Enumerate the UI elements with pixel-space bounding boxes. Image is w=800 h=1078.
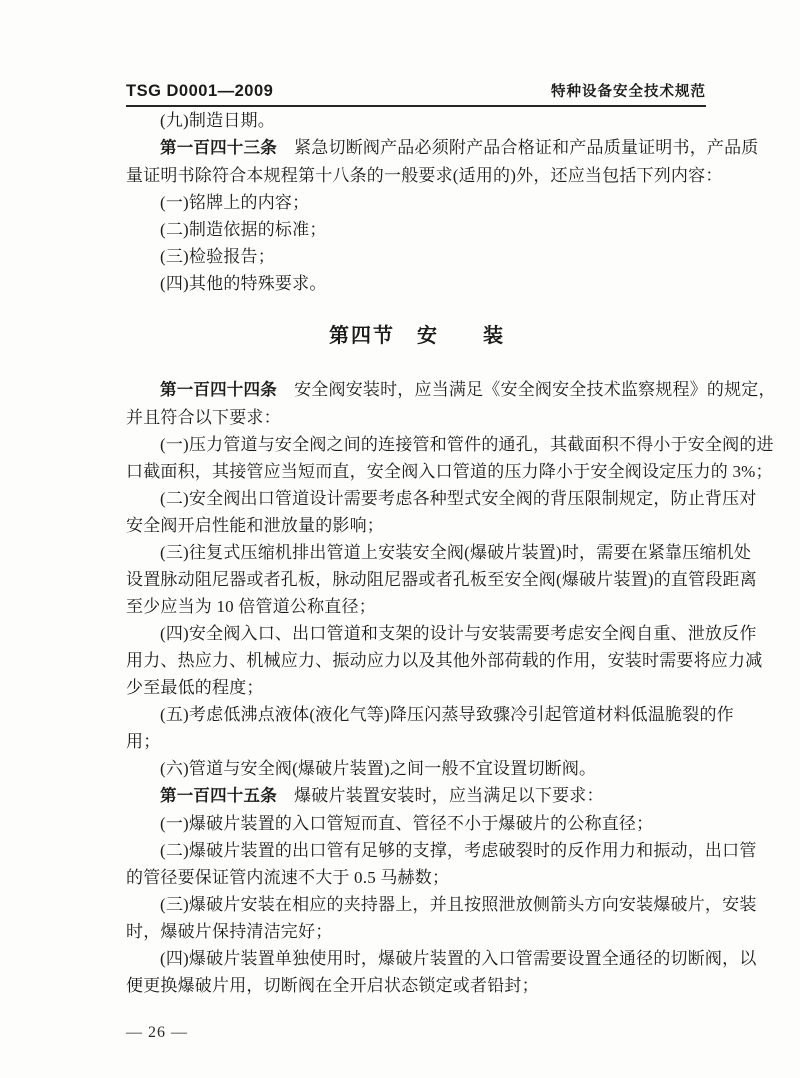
text-line: 用力、热应力、机械应力、振动应力以及其他外部荷载的作用，安装时需要将应力减 <box>126 647 708 674</box>
line-text: (四)爆破片装置单独使用时，爆破片装置的入口管需要设置全通径的切断阀，以 <box>160 949 757 968</box>
page-header: TSG D0001—2009 特种设备安全技术规范 <box>126 80 706 107</box>
body-part-1: (九)制造日期。第一百四十三条 紧急切断阀产品必须附产品合格证和产品质量证明书，… <box>126 107 708 297</box>
text-line: 少至最低的程度； <box>126 674 708 701</box>
text-line: (四)安全阀入口、出口管道和支架的设计与安装需要考虑安全阀自重、泄放反作 <box>126 620 708 647</box>
line-text: 并且符合以下要求： <box>126 408 281 427</box>
section-title: 第四节 安 装 <box>126 322 708 350</box>
line-text: (二)制造依据的标准； <box>160 220 327 239</box>
line-text: (一)压力管道与安全阀之间的连接管和管件的通孔，其截面积不得小于安全阀的进 <box>160 435 774 454</box>
line-text: (五)考虑低沸点液体(液化气等)降压闪蒸导致骤冷引起管道材料低温脆裂的作 <box>160 705 734 724</box>
document-body: (九)制造日期。第一百四十三条 紧急切断阀产品必须附产品合格证和产品质量证明书，… <box>126 107 708 999</box>
line-text: 安全阀开启性能和泄放量的影响； <box>126 516 384 535</box>
text-line: (二)制造依据的标准； <box>126 216 708 243</box>
line-text: (三)往复式压缩机排出管道上安装安全阀(爆破片装置)时，需要在紧靠压缩机处 <box>160 543 751 562</box>
text-line: 第一百四十三条 紧急切断阀产品必须附产品合格证和产品质量证明书，产品质 <box>126 134 708 162</box>
text-line: 至少应当为 10 倍管道公称直径； <box>126 593 708 620</box>
text-line: (三)检验报告； <box>126 243 708 270</box>
line-text: 少至最低的程度； <box>126 678 264 697</box>
text-line: 并且符合以下要求： <box>126 404 708 431</box>
line-text: (一)铭牌上的内容； <box>160 193 309 212</box>
document-page: TSG D0001—2009 特种设备安全技术规范 (九)制造日期。第一百四十三… <box>0 0 800 1078</box>
line-text: 便更换爆破片用，切断阀在全开启状态锁定或者铅封； <box>126 976 539 995</box>
line-text: 用力、热应力、机械应力、振动应力以及其他外部荷载的作用，安装时需要将应力减 <box>126 651 762 670</box>
line-text: 口截面积，其接管应当短而直，安全阀入口管道的压力降小于安全阀设定压力的 3%； <box>126 462 773 481</box>
text-line: 设置脉动阻尼器或者孔板，脉动阻尼器或者孔板至安全阀(爆破片装置)的直管段距离 <box>126 566 708 593</box>
text-line: (一)爆破片装置的入口管短而直、管径不小于爆破片的公称直径； <box>126 810 708 837</box>
line-text: (九)制造日期。 <box>160 111 275 130</box>
line-text: 安全阀安装时，应当满足《安全阀安全技术监察规程》的规定， <box>277 380 776 399</box>
line-text: 的管径要保证管内流速不大于 0.5 马赫数； <box>126 868 449 887</box>
text-line: (三)往复式压缩机排出管道上安装安全阀(爆破片装置)时，需要在紧靠压缩机处 <box>126 539 708 566</box>
line-text: 至少应当为 10 倍管道公称直径； <box>126 597 376 616</box>
article-number: 第一百四十五条 <box>160 787 277 805</box>
text-line: 用； <box>126 728 708 755</box>
article-number: 第一百四十三条 <box>160 139 277 157</box>
line-text: 紧急切断阀产品必须附产品合格证和产品质量证明书，产品质 <box>277 138 759 157</box>
line-text: (一)爆破片装置的入口管短而直、管径不小于爆破片的公称直径； <box>160 814 653 833</box>
body-part-2: 第一百四十四条 安全阀安装时，应当满足《安全阀安全技术监察规程》的规定，并且符合… <box>126 376 708 999</box>
line-text: 用； <box>126 732 160 751</box>
line-text: (四)安全阀入口、出口管道和支架的设计与安装需要考虑安全阀自重、泄放反作 <box>160 624 757 643</box>
line-text: 时，爆破片保持清洁完好； <box>126 922 332 941</box>
line-text: (三)检验报告； <box>160 247 275 266</box>
document-title-header: 特种设备安全技术规范 <box>551 80 706 101</box>
line-text: (二)安全阀出口管道设计需要考虑各种型式安全阀的背压限制规定，防止背压对 <box>160 489 757 508</box>
line-text: (二)爆破片装置的出口管有足够的支撑，考虑破裂时的反作用力和振动，出口管 <box>160 841 757 860</box>
line-text: 爆破片装置安装时，应当满足以下要求： <box>277 786 604 805</box>
text-line: 量证明书除符合本规程第十八条的一般要求(适用的)外，还应当包括下列内容： <box>126 162 708 189</box>
text-line: (三)爆破片安装在相应的夹持器上，并且按照泄放侧箭头方向安装爆破片，安装 <box>126 891 708 918</box>
text-line: 便更换爆破片用，切断阀在全开启状态锁定或者铅封； <box>126 972 708 999</box>
text-line: 安全阀开启性能和泄放量的影响； <box>126 512 708 539</box>
article-number: 第一百四十四条 <box>160 381 277 399</box>
text-line: (二)安全阀出口管道设计需要考虑各种型式安全阀的背压限制规定，防止背压对 <box>126 485 708 512</box>
line-text: 设置脉动阻尼器或者孔板，脉动阻尼器或者孔板至安全阀(爆破片装置)的直管段距离 <box>126 570 757 589</box>
text-line: 口截面积，其接管应当短而直，安全阀入口管道的压力降小于安全阀设定压力的 3%； <box>126 458 708 485</box>
text-line: 时，爆破片保持清洁完好； <box>126 918 708 945</box>
text-line: (六)管道与安全阀(爆破片装置)之间一般不宜设置切断阀。 <box>126 755 708 782</box>
text-line: (一)压力管道与安全阀之间的连接管和管件的通孔，其截面积不得小于安全阀的进 <box>126 431 708 458</box>
line-text: (六)管道与安全阀(爆破片装置)之间一般不宜设置切断阀。 <box>160 759 596 778</box>
text-line: (四)爆破片装置单独使用时，爆破片装置的入口管需要设置全通径的切断阀，以 <box>126 945 708 972</box>
text-line: (五)考虑低沸点液体(液化气等)降压闪蒸导致骤冷引起管道材料低温脆裂的作 <box>126 701 708 728</box>
line-text: (四)其他的特殊要求。 <box>160 274 327 293</box>
text-line: 第一百四十五条 爆破片装置安装时，应当满足以下要求： <box>126 782 708 810</box>
text-line: (二)爆破片装置的出口管有足够的支撑，考虑破裂时的反作用力和振动，出口管 <box>126 837 708 864</box>
line-text: (三)爆破片安装在相应的夹持器上，并且按照泄放侧箭头方向安装爆破片，安装 <box>160 895 757 914</box>
text-line: (一)铭牌上的内容； <box>126 189 708 216</box>
document-code: TSG D0001—2009 <box>126 82 273 101</box>
text-line: (四)其他的特殊要求。 <box>126 270 708 297</box>
text-line: 第一百四十四条 安全阀安装时，应当满足《安全阀安全技术监察规程》的规定， <box>126 376 708 404</box>
text-line: 的管径要保证管内流速不大于 0.5 马赫数； <box>126 864 708 891</box>
text-line: (九)制造日期。 <box>126 107 708 134</box>
line-text: 量证明书除符合本规程第十八条的一般要求(适用的)外，还应当包括下列内容： <box>126 166 723 185</box>
page-number: — 26 — <box>126 1024 188 1042</box>
